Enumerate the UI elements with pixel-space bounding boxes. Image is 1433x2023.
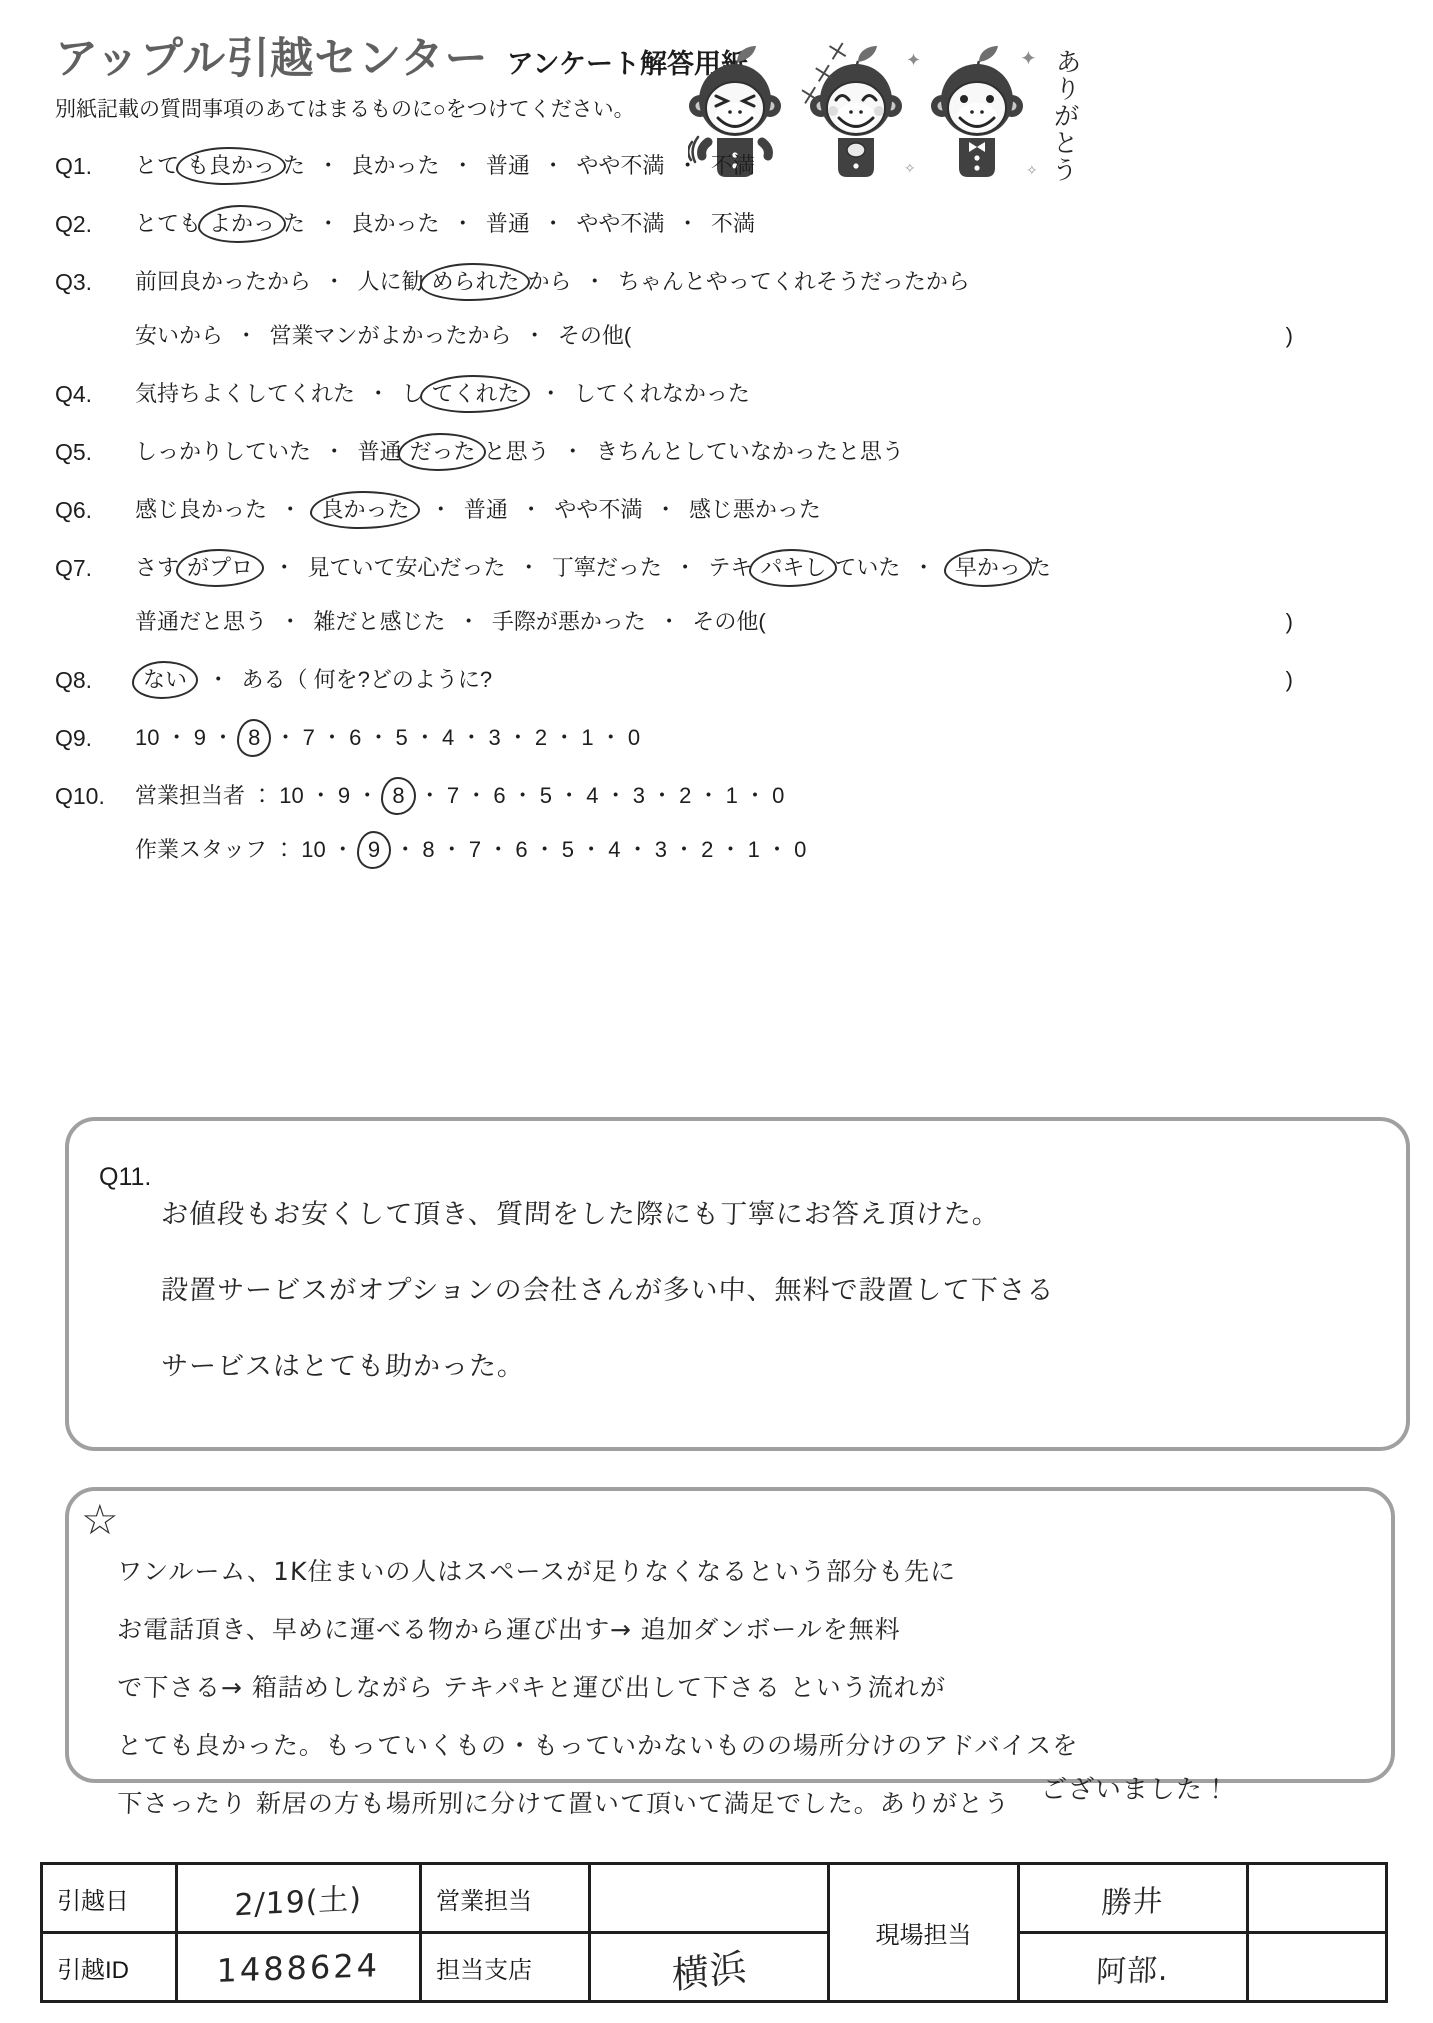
star-comment-box: ☆ ワンルーム、1K住まいの人はスペースが足りなくなるという部分も先に お電話頂… <box>65 1487 1395 1783</box>
site-rep-name-1: 勝井 <box>1017 1860 1248 1937</box>
diamond-sparkle-icon: ✦ <box>1020 46 1037 71</box>
circled-option: も良かっ <box>176 147 286 185</box>
option-text: た ・ 良かった ・ 普通 ・ やや不満 ・ 不満 <box>283 153 755 178</box>
sales-rep-label: 営業担当 <box>421 1864 590 1933</box>
option-text: ていた ・ <box>834 555 946 580</box>
option-text: 気持ちよくしてくれた ・ し <box>135 381 423 406</box>
question-label: Q1. <box>55 149 135 203</box>
option-text: た <box>1029 555 1051 580</box>
question-q8: Q8.ない ・ ある（ 何を?どのように?) <box>55 663 1388 717</box>
option-text: とても <box>135 211 201 236</box>
circled-option: ない <box>132 661 198 699</box>
question-lines: とてもよかった ・ 良かった ・ 普通 ・ やや不満 ・ 不満 <box>135 207 1388 261</box>
circled-option: パキし <box>749 549 837 587</box>
empty-cell <box>1247 1864 1386 1933</box>
q11-label: Q11. <box>99 1163 151 1192</box>
option-text: ・ 見ていて安心だった ・ 丁寧だった ・ テキ <box>261 555 752 580</box>
question-line: 安いから ・ 営業マンがよかったから ・ その他() <box>135 319 1388 353</box>
option-text: ・ ある（ 何を?どのように? <box>195 667 492 692</box>
option-text: 普通だと思う ・ 雑だと感じた ・ 手際が悪かった ・ その他( <box>135 609 766 634</box>
option-text: 感じ良かった ・ <box>135 497 313 522</box>
circled-option: 8 <box>381 777 415 815</box>
question-line: 感じ良かった ・ 良かった ・ 普通 ・ やや不満 ・ 感じ悪かった <box>135 493 1388 527</box>
question-lines: しっかりしていた ・ 普通だったと思う ・ きちんとしていなかったと思う <box>135 435 1388 489</box>
q11-lines: お値段もお安くして頂き、質問をした際にも丁寧にお答え頂けた。 設置サービスがオプ… <box>69 1121 1406 1405</box>
question-lines: さすがプロ ・ 見ていて安心だった ・ 丁寧だった ・ テキパキしていた ・ 早… <box>135 551 1388 659</box>
handwritten-line: ワンルーム、1K住まいの人はスペースが足りなくなるという部分も先に <box>116 1543 1366 1601</box>
moving-date-label: 引越日 <box>42 1864 177 1933</box>
question-line: ない ・ ある（ 何を?どのように?) <box>135 663 1388 697</box>
closing-paren: ) <box>1286 663 1293 697</box>
option-text: 作業スタッフ ： 10 ・ <box>135 837 360 862</box>
question-q9: Q9.10 ・ 9 ・ 8 ・ 7 ・ 6 ・ 5 ・ 4 ・ 3 ・ 2 ・ … <box>55 721 1388 775</box>
question-q4: Q4.気持ちよくしてくれた ・ してくれた ・ してくれなかった <box>55 377 1388 431</box>
moving-date-value: 2/19(土) <box>176 1857 421 1939</box>
option-text: 前回良かったから ・ 人に勧 <box>135 269 423 294</box>
option-text: さす <box>135 555 179 580</box>
handwritten-line: とても良かった。もっていくもの・もっていかないものの場所分けのアドバイスを <box>116 1717 1366 1775</box>
circled-option: 8 <box>237 719 271 757</box>
question-label: Q4. <box>55 377 135 431</box>
question-label: Q2. <box>55 207 135 261</box>
footer-table: 引越日 2/19(土) 営業担当 現場担当 勝井 引越ID 1488624 担当… <box>40 1862 1388 2003</box>
question-line: 作業スタッフ ： 10 ・ 9 ・ 8 ・ 7 ・ 6 ・ 5 ・ 4 ・ 3 … <box>135 833 1388 867</box>
site-rep-label: 現場担当 <box>829 1864 1018 2002</box>
option-text: ・ 8 ・ 7 ・ 6 ・ 5 ・ 4 ・ 3 ・ 2 ・ 1 ・ 0 <box>388 837 806 862</box>
table-row: 引越ID 1488624 担当支店 横浜 阿部. <box>42 1933 1387 2002</box>
question-label: Q8. <box>55 663 135 717</box>
question-lines: 10 ・ 9 ・ 8 ・ 7 ・ 6 ・ 5 ・ 4 ・ 3 ・ 2 ・ 1 ・… <box>135 721 1388 775</box>
moving-id-value: 1488624 <box>175 1928 421 2006</box>
circled-option: よかっ <box>198 205 286 243</box>
question-label: Q9. <box>55 721 135 775</box>
closing-paren: ) <box>1286 605 1293 639</box>
question-label: Q3. <box>55 265 135 373</box>
option-text: ・ してくれなかった <box>527 381 749 406</box>
handwritten-line: サービスはとても助かった。 <box>160 1329 1368 1405</box>
branch-label: 担当支店 <box>421 1933 590 2002</box>
questions-container: Q1.とても良かった ・ 良かった ・ 普通 ・ やや不満 ・ 不満Q2.とても… <box>55 149 1388 887</box>
question-q3: Q3.前回良かったから ・ 人に勧められたから ・ ちゃんとやってくれそうだった… <box>55 265 1388 373</box>
handwritten-line: お電話頂き、早めに運べる物から運び出す→ 追加ダンボールを無料 <box>116 1601 1366 1659</box>
site-rep-name-2: 阿部. <box>1017 1929 1248 2006</box>
question-line: とても良かった ・ 良かった ・ 普通 ・ やや不満 ・ 不満 <box>135 149 1388 183</box>
question-line: 営業担当者 ： 10 ・ 9 ・ 8 ・ 7 ・ 6 ・ 5 ・ 4 ・ 3 ・… <box>135 779 1388 813</box>
circled-option: 9 <box>357 831 391 869</box>
circled-option: てくれた <box>420 375 530 413</box>
question-line: 気持ちよくしてくれた ・ してくれた ・ してくれなかった <box>135 377 1388 411</box>
question-line: しっかりしていた ・ 普通だったと思う ・ きちんとしていなかったと思う <box>135 435 1388 469</box>
circled-option: がプロ <box>176 549 264 587</box>
q11-comment-box: Q11. お値段もお安くして頂き、質問をした際にも丁寧にお答え頂けた。 設置サー… <box>65 1117 1410 1451</box>
branch-value: 横浜 <box>590 1918 830 2016</box>
question-line: さすがプロ ・ 見ていて安心だった ・ 丁寧だった ・ テキパキしていた ・ 早… <box>135 551 1388 585</box>
question-q5: Q5.しっかりしていた ・ 普通だったと思う ・ きちんとしていなかったと思う <box>55 435 1388 489</box>
question-label: Q10. <box>55 779 135 887</box>
option-text: ・ 7 ・ 6 ・ 5 ・ 4 ・ 3 ・ 2 ・ 1 ・ 0 <box>413 783 785 808</box>
question-label: Q7. <box>55 551 135 659</box>
option-text: た ・ 良かった ・ 普通 ・ やや不満 ・ 不満 <box>283 211 755 236</box>
question-q7: Q7.さすがプロ ・ 見ていて安心だった ・ 丁寧だった ・ テキパキしていた … <box>55 551 1388 659</box>
question-line: 普通だと思う ・ 雑だと感じた ・ 手際が悪かった ・ その他() <box>135 605 1388 639</box>
circled-option: 良かった <box>310 491 420 529</box>
question-line: とてもよかった ・ 良かった ・ 普通 ・ やや不満 ・ 不満 <box>135 207 1388 241</box>
option-text: とて <box>135 153 179 178</box>
handwritten-overflow-line: ございました！ <box>54 1769 1388 1806</box>
question-lines: 気持ちよくしてくれた ・ してくれた ・ してくれなかった <box>135 377 1388 431</box>
question-lines: ない ・ ある（ 何を?どのように?) <box>135 663 1388 717</box>
star-icon: ☆ <box>81 1499 119 1541</box>
option-text: と思う ・ きちんとしていなかったと思う <box>483 439 903 464</box>
option-text: ・ 普通 ・ やや不満 ・ 感じ悪かった <box>417 497 820 522</box>
closing-paren: ) <box>1286 319 1293 353</box>
handwritten-line: で下さる→ 箱詰めしながら テキパキと運び出して下さる という流れが <box>116 1659 1366 1717</box>
question-label: Q6. <box>55 493 135 547</box>
question-label: Q5. <box>55 435 135 489</box>
handwritten-line: 設置サービスがオプションの会社さんが多い中、無料で設置して下さる <box>160 1253 1368 1329</box>
circled-option: められた <box>420 263 530 301</box>
option-text: しっかりしていた ・ 普通 <box>135 439 401 464</box>
question-lines: 感じ良かった ・ 良かった ・ 普通 ・ やや不満 ・ 感じ悪かった <box>135 493 1388 547</box>
brand-title: アップル引越センター <box>55 36 489 83</box>
moving-id-label: 引越ID <box>42 1933 177 2002</box>
option-text: から ・ ちゃんとやってくれそうだったから <box>527 269 969 294</box>
circled-option: 早かっ <box>944 549 1032 587</box>
question-lines: 前回良かったから ・ 人に勧められたから ・ ちゃんとやってくれそうだったから安… <box>135 265 1388 373</box>
empty-cell <box>1247 1933 1386 2002</box>
option-text: ・ 7 ・ 6 ・ 5 ・ 4 ・ 3 ・ 2 ・ 1 ・ 0 <box>268 725 640 750</box>
table-row: 引越日 2/19(土) 営業担当 現場担当 勝井 <box>42 1864 1387 1933</box>
question-q2: Q2.とてもよかった ・ 良かった ・ 普通 ・ やや不満 ・ 不満 <box>55 207 1388 261</box>
handwritten-line: お値段もお安くして頂き、質問をした際にも丁寧にお答え頂けた。 <box>160 1177 1368 1253</box>
question-q6: Q6.感じ良かった ・ 良かった ・ 普通 ・ やや不満 ・ 感じ悪かった <box>55 493 1388 547</box>
survey-sheet: アップル引越センター アンケート解答用紙 別紙記載の質問事項のあてはまるものに○… <box>0 0 1433 2023</box>
question-line: 10 ・ 9 ・ 8 ・ 7 ・ 6 ・ 5 ・ 4 ・ 3 ・ 2 ・ 1 ・… <box>135 721 1388 755</box>
option-text: 安いから ・ 営業マンがよかったから ・ その他( <box>135 323 631 348</box>
option-text: 営業担当者 ： 10 ・ 9 ・ <box>135 783 384 808</box>
circled-option: だった <box>398 433 486 471</box>
option-text: 10 ・ 9 ・ <box>135 725 240 750</box>
question-q10: Q10.営業担当者 ： 10 ・ 9 ・ 8 ・ 7 ・ 6 ・ 5 ・ 4 ・… <box>55 779 1388 887</box>
diamond-sparkle-icon: ✦ <box>906 50 921 71</box>
question-line: 前回良かったから ・ 人に勧められたから ・ ちゃんとやってくれそうだったから <box>135 265 1388 299</box>
question-lines: 営業担当者 ： 10 ・ 9 ・ 8 ・ 7 ・ 6 ・ 5 ・ 4 ・ 3 ・… <box>135 779 1388 887</box>
